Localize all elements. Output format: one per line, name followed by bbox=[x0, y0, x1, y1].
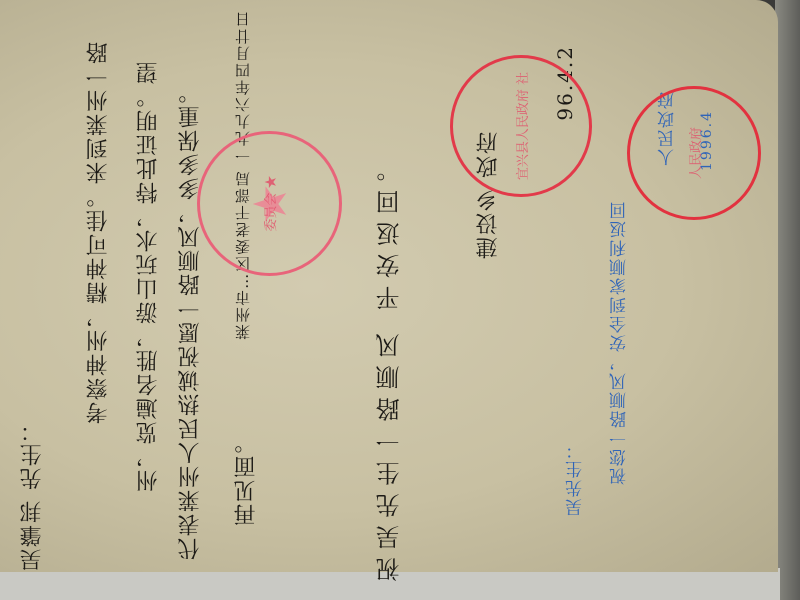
blue-salutation: 吴先生： bbox=[568, 440, 585, 516]
stamp-left-text: 委员会 ★ bbox=[200, 134, 339, 273]
letter-line-2: 州，览遍名胜，游山玩水，特此证明。望 bbox=[138, 60, 160, 492]
letter-line-3: 代表莱州人民热诚祝愿一路顺风，多多保重。 bbox=[180, 80, 202, 560]
stamp-right-text: 人民政府 bbox=[630, 89, 758, 217]
salutation: 吴肇邦 先生： bbox=[22, 418, 44, 571]
background-edge bbox=[775, 0, 800, 600]
wish-line: 祝吴先生一路顺风 平安返回。 bbox=[378, 150, 402, 582]
stamp-middle-text: 宜兴县人民政府 社 bbox=[453, 58, 589, 194]
stamp-middle: 宜兴县人民政府 社 bbox=[450, 55, 592, 197]
letter-line-4: 再见面。 bbox=[236, 430, 258, 526]
stamp-right: 人民政府 bbox=[627, 86, 761, 220]
letter-line-1: 考察神州，精神可佳。来到莱州一路 bbox=[88, 40, 110, 424]
stamp-left: ★ 委员会 ★ bbox=[197, 131, 342, 276]
blue-note-body: 祝您一路顺风，安全到家顺利返回 bbox=[612, 200, 629, 485]
letter-paper: 吴肇邦 先生： 考察神州，精神可佳。来到莱州一路 州，览遍名胜，游山玩水，特此证… bbox=[0, 0, 778, 572]
